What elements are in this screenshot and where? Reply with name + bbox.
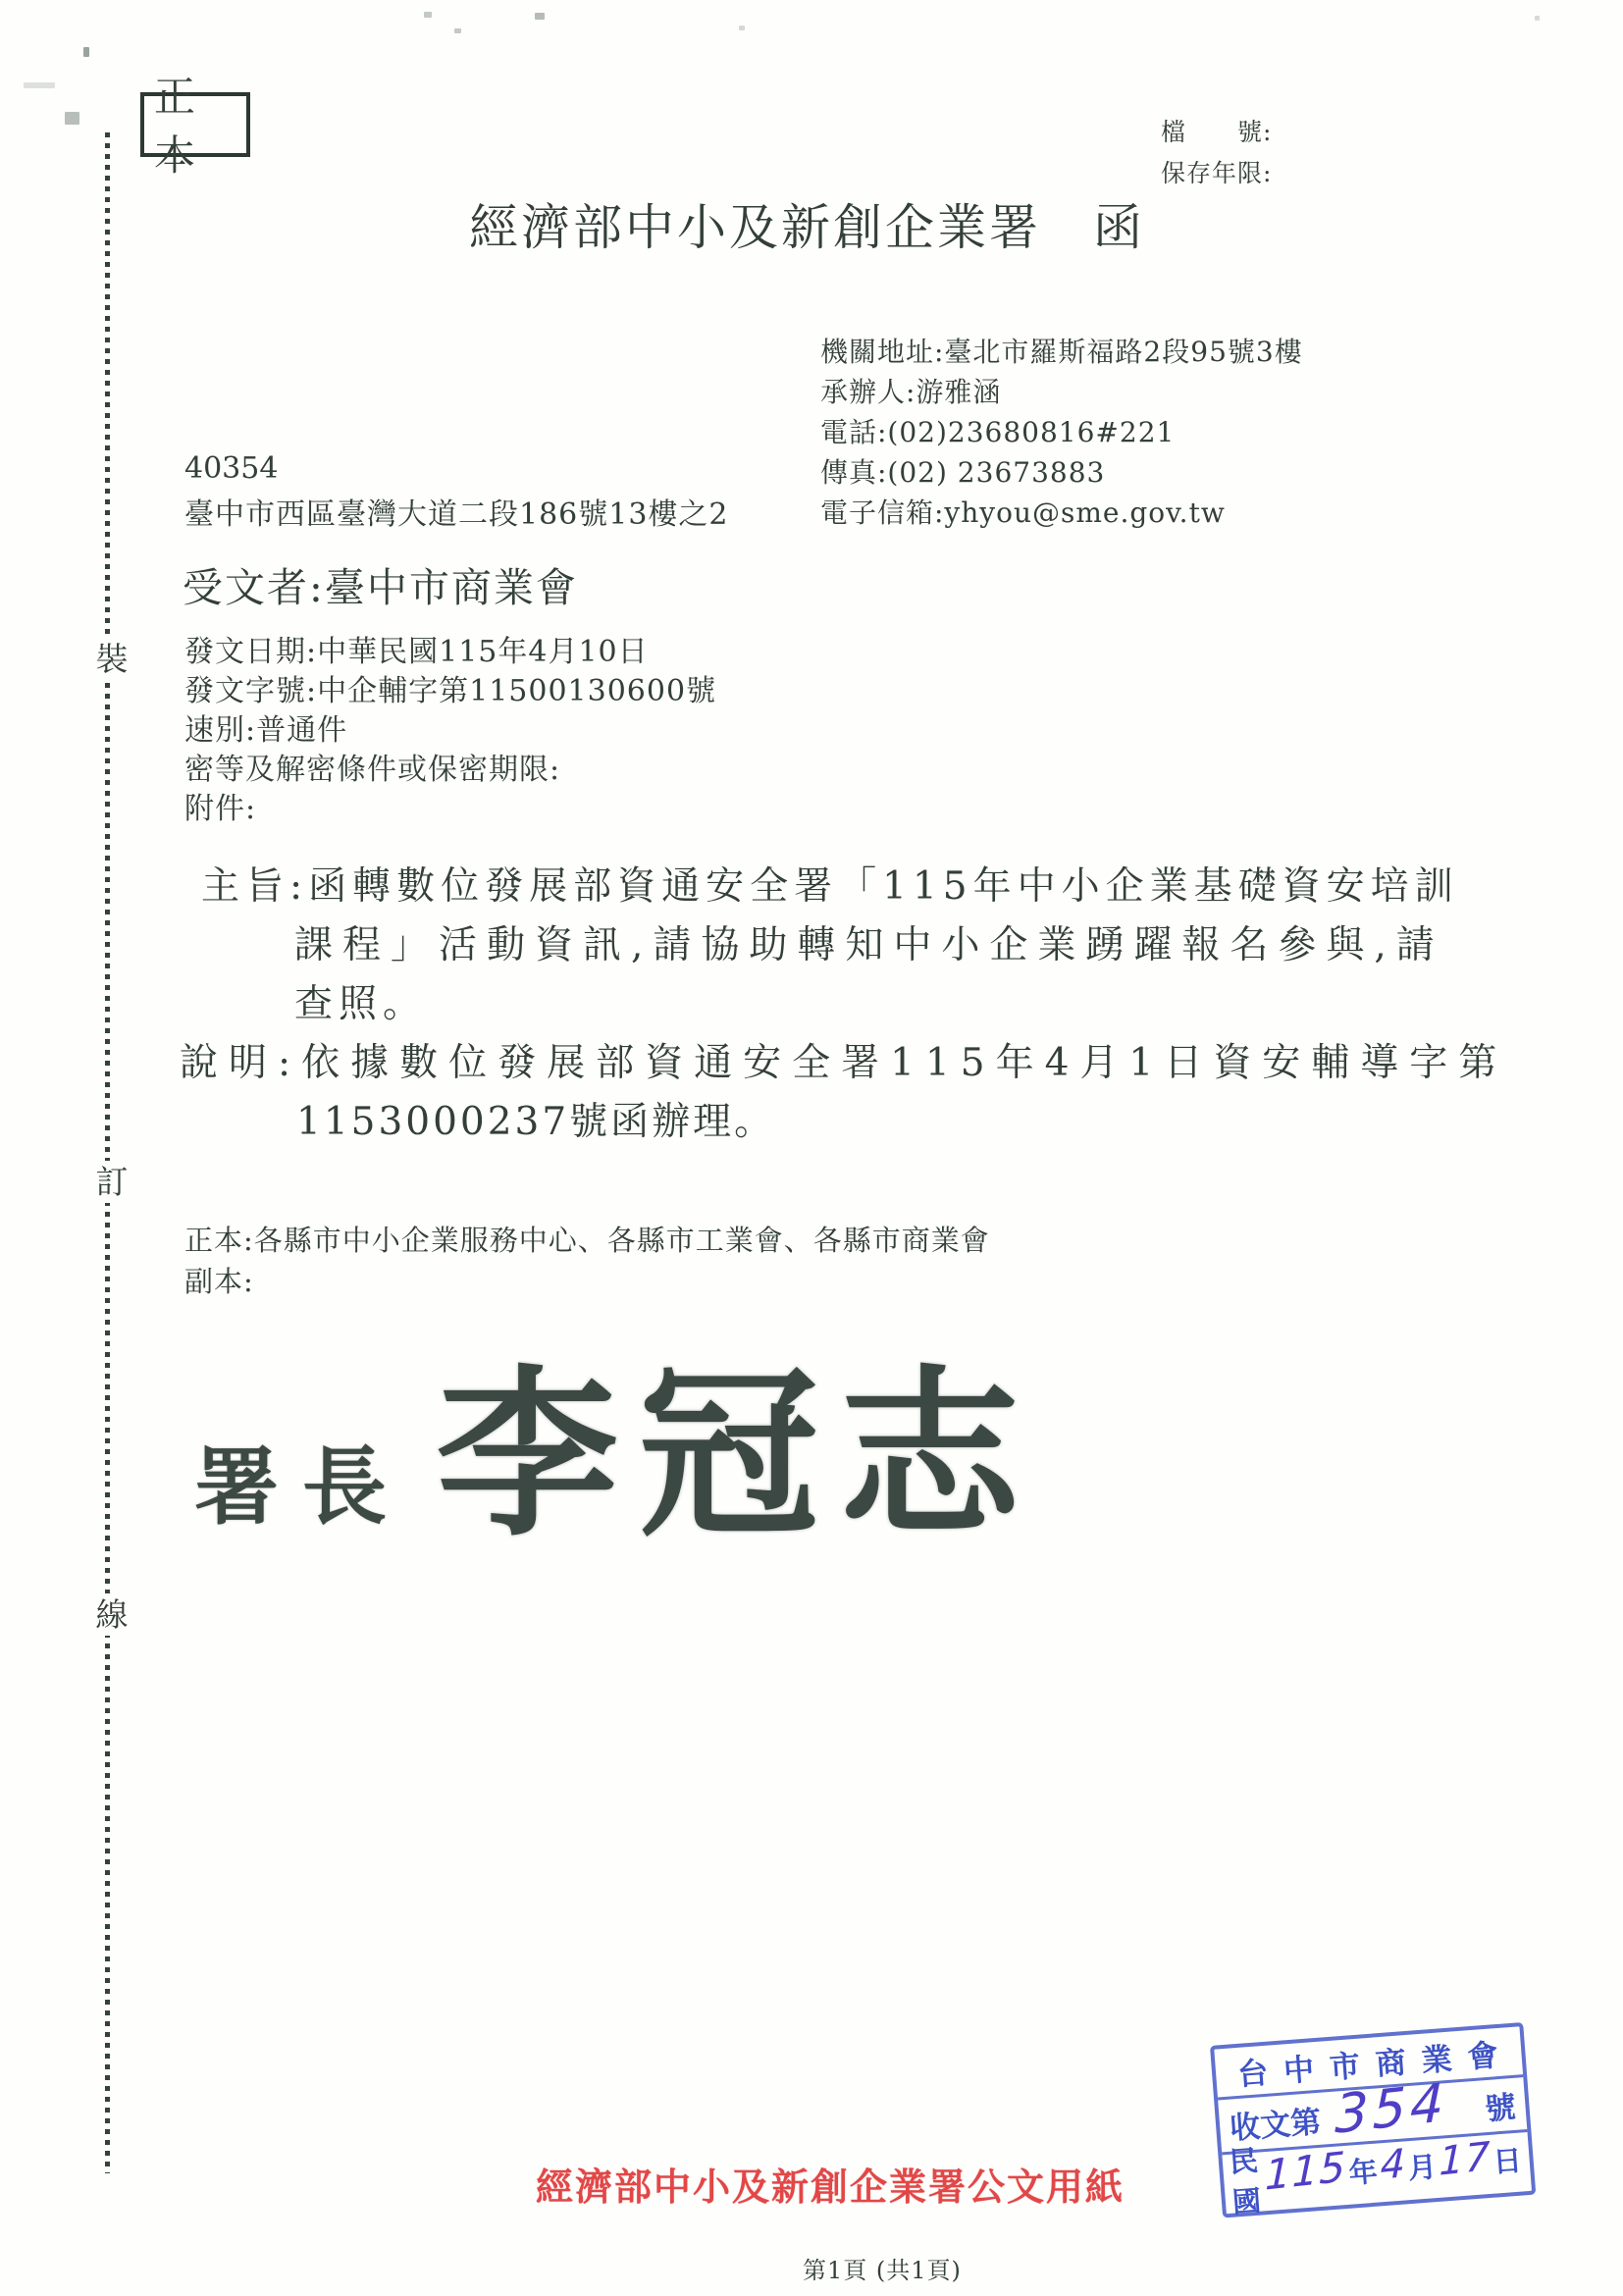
stamp-era: 民國 [1228, 2138, 1266, 2220]
sender-contact: 承辦人:游雅涵 [820, 372, 1303, 412]
binding-dotted-line [105, 132, 110, 2173]
official-paper-name: 經濟部中小及新創企業署公文用紙 [536, 2157, 1125, 2211]
distribution-cc: 副本: [184, 1260, 254, 1300]
description-line-1: 說明:依據數位發展部資通安全署115年4月1日資安輔導字第 [180, 1032, 1507, 1087]
sender-email: 電子信箱:yhyou@sme.gov.tw [820, 493, 1303, 533]
stamp-month-unit: 月 [1406, 2145, 1439, 2187]
meta-date: 發文日期:中華民國115年4月10日 [184, 633, 716, 672]
signature-title: 署長 [194, 1419, 410, 1540]
retention-label: 保存年限: [1161, 153, 1272, 194]
binding-mark-xian: 線 [95, 1593, 129, 1636]
stamp-day-unit: 日 [1492, 2138, 1524, 2180]
scan-speck [1535, 16, 1540, 21]
stamp-day-handwritten: 17 [1439, 2133, 1491, 2184]
recipient-address: 臺中市西區臺灣大道二段186號13樓之2 [184, 490, 729, 533]
distribution-original: 正本:各縣市中小企業服務中心、各縣市工業會、各縣市商業會 [184, 1219, 990, 1259]
stamp-year-handwritten: 115 [1265, 2142, 1347, 2199]
scan-speck [24, 82, 55, 88]
stamp-receive-number-handwritten: 354 [1335, 2071, 1448, 2146]
page-number: 第1頁 (共1頁) [803, 2251, 962, 2285]
file-no-label: 檔 號: [1161, 112, 1272, 153]
stamp-month-handwritten: 4 [1380, 2140, 1406, 2188]
copy-mark-box: 正本 [140, 92, 250, 157]
meta-speed: 速別:普通件 [184, 711, 716, 751]
scan-speck [739, 26, 745, 30]
signature-name: 李冠志 [437, 1364, 1040, 1545]
received-stamp: 台中市商業會 收文第 354 號 民國 115 年 4 月 17 日 [1210, 2022, 1536, 2218]
meta-doc-no: 發文字號:中企輔字第11500130600號 [184, 672, 716, 711]
scan-speck [535, 13, 545, 20]
sender-info: 機關地址:臺北市羅斯福路2段95號3樓 承辦人:游雅涵 電話:(02)23680… [820, 332, 1303, 533]
subject-line-1: 主旨:函轉數位發展部資通安全署「115年中小企業基礎資安培訓 [201, 856, 1459, 911]
document-title: 經濟部中小及新創企業署 函 [469, 188, 1145, 259]
document-meta: 發文日期:中華民國115年4月10日 發文字號:中企輔字第11500130600… [184, 633, 716, 829]
meta-attachment: 附件: [184, 790, 716, 829]
archive-labels: 檔 號: 保存年限: [1161, 112, 1272, 194]
meta-security: 密等及解密條件或保密期限: [184, 751, 716, 790]
scan-speck [65, 112, 79, 125]
stamp-year-unit: 年 [1347, 2150, 1380, 2192]
sender-fax: 傳真:(02) 23673883 [820, 452, 1303, 493]
sender-address: 機關地址:臺北市羅斯福路2段95號3樓 [820, 332, 1303, 372]
subject-line-3: 查照。 [294, 973, 427, 1028]
binding-mark-ding: 訂 [95, 1161, 129, 1203]
stamp-receive-suffix: 號 [1484, 2082, 1517, 2128]
scan-speck [83, 47, 89, 57]
subject-line-2: 課程」活動資訊,請協助轉知中小企業踴躍報名參與,請 [294, 914, 1444, 969]
sender-phone: 電話:(02)23680816#221 [820, 412, 1303, 452]
description-line-2: 1153000237號函辦理。 [296, 1091, 775, 1146]
recipient-line: 受文者:臺中市商業會 [183, 555, 578, 613]
binding-mark-zhuang: 裝 [95, 638, 129, 680]
scan-speck [454, 28, 461, 33]
recipient-zip: 40354 [184, 451, 278, 486]
scan-speck [424, 12, 432, 18]
copy-mark-label: 正本 [154, 65, 246, 183]
